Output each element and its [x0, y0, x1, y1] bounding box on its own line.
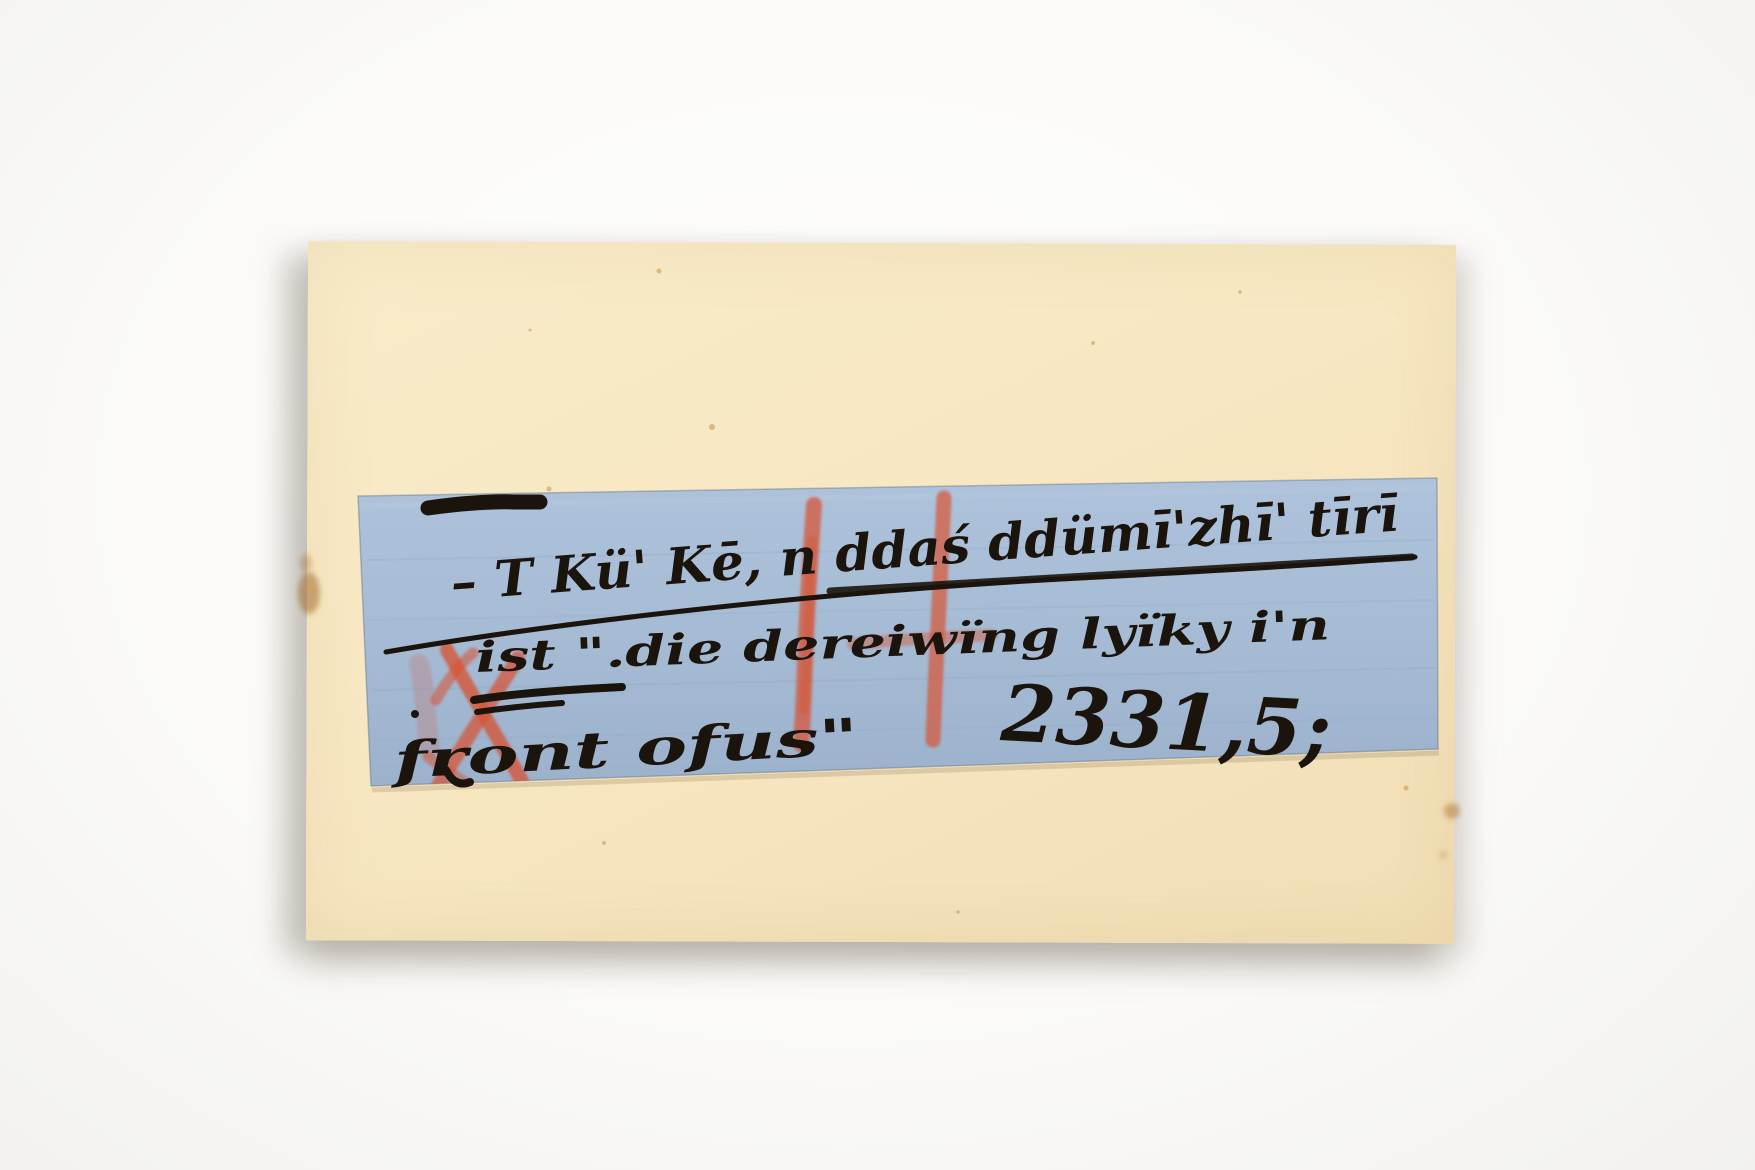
paper-card — [306, 241, 1456, 944]
photo-scene: – T Kü' Kē, n ddaś ddümī'zhī' tīrī ist "… — [0, 0, 1755, 1170]
